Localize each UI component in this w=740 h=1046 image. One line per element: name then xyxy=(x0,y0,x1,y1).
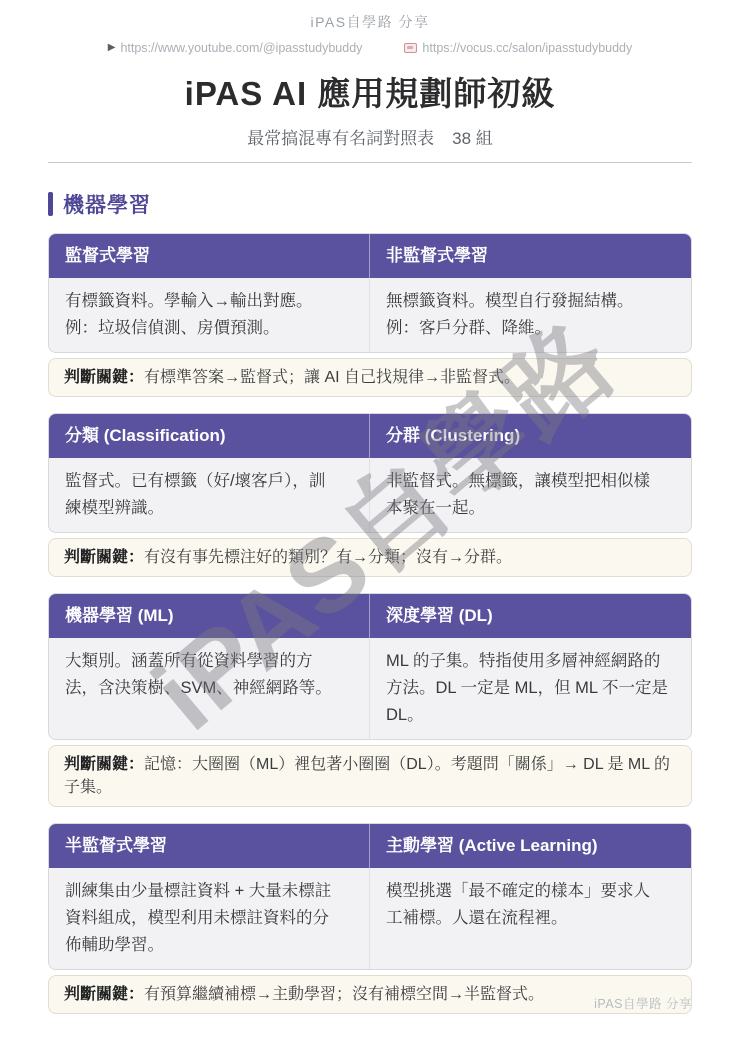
judgment-key-text: 記憶：大圈圈（ML）裡包著小圈圈（DL）。考題問「關係」→ DL 是 ML 的子… xyxy=(64,756,670,796)
compare-card-supervised-vs-unsupervised: 監督式學習 非監督式學習 有標籤資料。學輸入→輸出對應。 例：垃圾信偵測、房價預… xyxy=(48,233,692,353)
card-body-left: 訓練集由少量標註資料 + 大量未標註 資料組成，模型利用未標註資料的分 佈輔助學… xyxy=(49,868,370,969)
vocus-icon xyxy=(404,43,417,53)
links-row: ▶ https://www.youtube.com/@ipasstudybudd… xyxy=(48,41,692,55)
card-header-right: 分群 (Clustering) xyxy=(370,414,691,458)
judgment-key-text: 有沒有事先標注好的類別？有→分類；沒有→分群。 xyxy=(144,549,512,566)
card-header-left: 半監督式學習 xyxy=(49,824,370,868)
card-header-right: 深度學習 (DL) xyxy=(370,594,691,638)
judgment-key-label: 判斷關鍵： xyxy=(64,369,144,386)
card-body-row: 訓練集由少量標註資料 + 大量未標註 資料組成，模型利用未標註資料的分 佈輔助學… xyxy=(49,868,691,969)
page-title: iPAS AI 應用規劃師初級 xyxy=(48,68,692,115)
card-body-right: 無標籤資料。模型自行發掘結構。 例：客戶分群、降維。 xyxy=(370,278,691,352)
card-header-right: 主動學習 (Active Learning) xyxy=(370,824,691,868)
judgment-key-label: 判斷關鍵： xyxy=(64,756,144,773)
compare-card-ml-vs-dl: 機器學習 (ML) 深度學習 (DL) 大類別。涵蓋所有從資料學習的方 法，含決… xyxy=(48,593,692,740)
section-header: 機器學習 xyxy=(48,189,692,219)
card-body-row: 大類別。涵蓋所有從資料學習的方 法，含決策樹、SVM、神經網路等。 ML 的子集… xyxy=(49,638,691,739)
card-header-left: 機器學習 (ML) xyxy=(49,594,370,638)
subtitle-text: 最常搞混專有名詞對照表 xyxy=(247,129,434,148)
page: iPAS自學路 分享 ▶ https://www.youtube.com/@ip… xyxy=(0,0,740,1046)
card-body-row: 監督式。已有標籤（好/壞客戶），訓 練模型辨識。 非監督式。無標籤，讓模型把相似… xyxy=(49,458,691,532)
vocus-link[interactable]: https://vocus.cc/salon/ipasstudybuddy xyxy=(404,41,632,55)
judgment-key-text: 有預算繼續補標→主動學習；沒有補標空間→半監督式。 xyxy=(144,986,544,1003)
judgment-key-box: 判斷關鍵：有標準答案→監督式；讓 AI 自己找規律→非監督式。 xyxy=(48,358,692,397)
compare-card-semisupervised-vs-active: 半監督式學習 主動學習 (Active Learning) 訓練集由少量標註資料… xyxy=(48,823,692,970)
subtitle-count: 38 組 xyxy=(452,129,493,148)
card-body-right: ML 的子集。特指使用多層神經網路的 方法。DL 一定是 ML，但 ML 不一定… xyxy=(370,638,691,739)
vocus-link-text: https://vocus.cc/salon/ipasstudybuddy xyxy=(422,41,632,55)
section-title: 機器學習 xyxy=(63,189,151,219)
footer-brand: iPAS自學路 分享 xyxy=(594,994,692,1012)
brand-line: iPAS自學路 分享 xyxy=(48,10,692,32)
card-body-left: 監督式。已有標籤（好/壞客戶），訓 練模型辨識。 xyxy=(49,458,370,532)
card-body-left: 大類別。涵蓋所有從資料學習的方 法，含決策樹、SVM、神經網路等。 xyxy=(49,638,370,739)
section-accent-bar xyxy=(48,192,53,216)
header-divider xyxy=(48,162,692,163)
card-header-row: 監督式學習 非監督式學習 xyxy=(49,234,691,278)
content: iPAS自學路 分享 ▶ https://www.youtube.com/@ip… xyxy=(0,0,740,1014)
youtube-link[interactable]: ▶ https://www.youtube.com/@ipasstudybudd… xyxy=(108,41,363,55)
card-header-row: 分類 (Classification) 分群 (Clustering) xyxy=(49,414,691,458)
card-header-row: 半監督式學習 主動學習 (Active Learning) xyxy=(49,824,691,868)
card-header-right: 非監督式學習 xyxy=(370,234,691,278)
card-body-left: 有標籤資料。學輸入→輸出對應。 例：垃圾信偵測、房價預測。 xyxy=(49,278,370,352)
judgment-key-label: 判斷關鍵： xyxy=(64,549,144,566)
card-body-right: 模型挑選「最不確定的樣本」要求人 工補標。人還在流程裡。 xyxy=(370,868,691,969)
compare-card-classification-vs-clustering: 分類 (Classification) 分群 (Clustering) 監督式。… xyxy=(48,413,692,533)
youtube-play-icon: ▶ xyxy=(108,43,116,53)
card-header-left: 分類 (Classification) xyxy=(49,414,370,458)
judgment-key-text: 有標準答案→監督式；讓 AI 自己找規律→非監督式。 xyxy=(144,369,520,386)
card-body-row: 有標籤資料。學輸入→輸出對應。 例：垃圾信偵測、房價預測。 無標籤資料。模型自行… xyxy=(49,278,691,352)
card-body-right: 非監督式。無標籤，讓模型把相似樣 本聚在一起。 xyxy=(370,458,691,532)
card-header-left: 監督式學習 xyxy=(49,234,370,278)
youtube-link-text: https://www.youtube.com/@ipasstudybuddy xyxy=(120,41,362,55)
judgment-key-box: 判斷關鍵：記憶：大圈圈（ML）裡包著小圈圈（DL）。考題問「關係」→ DL 是 … xyxy=(48,745,692,807)
judgment-key-label: 判斷關鍵： xyxy=(64,986,144,1003)
page-subtitle: 最常搞混專有名詞對照表38 組 xyxy=(48,124,692,149)
card-header-row: 機器學習 (ML) 深度學習 (DL) xyxy=(49,594,691,638)
judgment-key-box: 判斷關鍵：有沒有事先標注好的類別？有→分類；沒有→分群。 xyxy=(48,538,692,577)
